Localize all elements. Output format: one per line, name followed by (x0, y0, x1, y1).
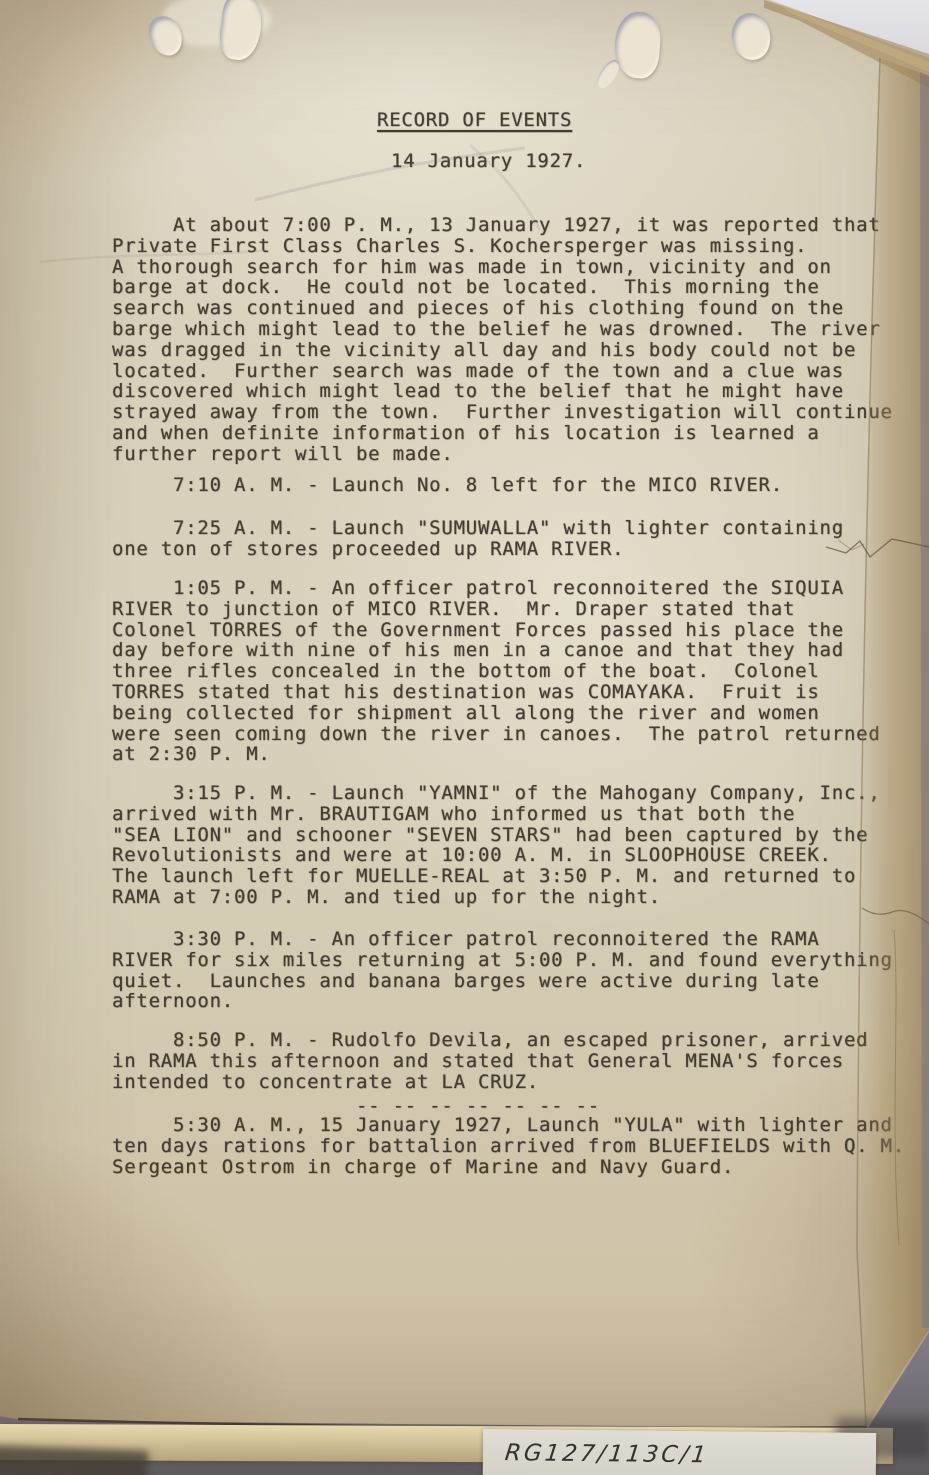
paragraph-missing-marine: At about 7:00 P. M., 13 January 1927, it… (112, 215, 893, 465)
paragraph-0725-entry: 7:25 A. M. - Launch "SUMUWALLA" with lig… (112, 518, 844, 560)
document-title: RECORD OF EVENTS (377, 110, 572, 131)
archive-label: RG127/113C/1 (483, 1429, 876, 1475)
paragraph-0315-entry: 3:15 P. M. - Launch "YAMNI" of the Mahog… (112, 783, 881, 908)
document-date: 14 January 1927. (391, 151, 586, 172)
paragraph-0105-entry: 1:05 P. M. - An officer patrol reconnoit… (112, 578, 881, 765)
document-photo: RECORD OF EVENTS 14 January 1927. At abo… (0, 0, 929, 1475)
paper-sheet: RECORD OF EVENTS 14 January 1927. At abo… (0, 0, 929, 1430)
paragraph-0330-entry: 3:30 P. M. - An officer patrol reconnoit… (112, 929, 893, 1012)
archive-label-text: RG127/113C/1 (504, 1440, 711, 1468)
paragraph-0850-entry: 8:50 P. M. - Rudolfo Devila, an escaped … (112, 1030, 868, 1092)
bottom-left-shadow (0, 1445, 149, 1475)
paragraph-0530-entry: 5:30 A. M., 15 January 1927, Launch "YUL… (112, 1115, 905, 1177)
paragraph-0710-entry: 7:10 A. M. - Launch No. 8 left for the M… (112, 475, 783, 496)
